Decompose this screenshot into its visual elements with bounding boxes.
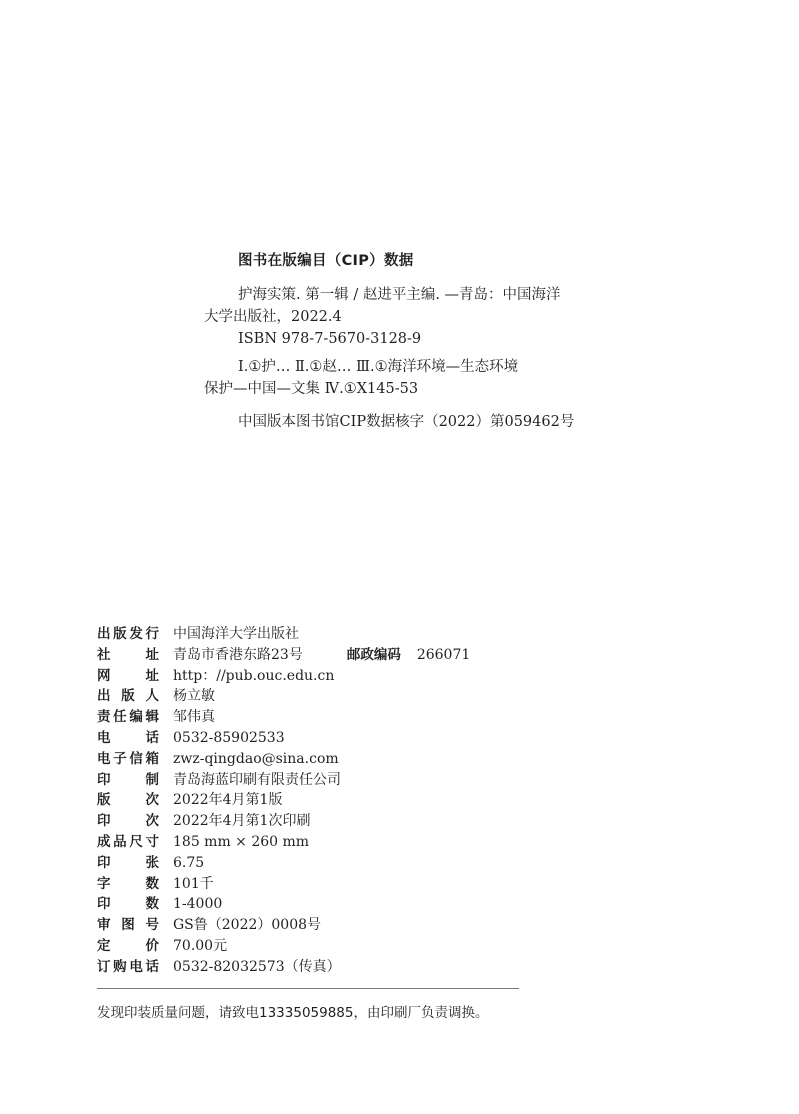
colophon-value: 2022年4月第1次印刷 — [173, 811, 310, 832]
colophon-label: 成品尺寸 — [97, 832, 159, 853]
cip-verification: 中国版本图书馆CIP数据核字（2022）第059462号 — [204, 411, 584, 433]
colophon-value: 1-4000 — [173, 894, 222, 915]
colophon-label: 版次 — [97, 790, 159, 811]
colophon-value: 杨立敏 — [173, 686, 215, 707]
colophon-value: 0532-82032573（传真） — [173, 957, 341, 978]
colophon-label-char: 任 — [113, 707, 127, 728]
colophon-label-char: 编 — [129, 707, 143, 728]
colophon-label: 印制 — [97, 770, 159, 791]
divider — [97, 988, 519, 989]
colophon-label-char: 电 — [97, 728, 111, 749]
colophon-row: 印次2022年4月第1次印刷 — [97, 811, 470, 832]
postal-code-value: 266071 — [417, 645, 470, 666]
colophon-value: zwz-qingdao@sina.com — [173, 749, 339, 770]
colophon-row: 电话0532-85902533 — [97, 728, 470, 749]
colophon-value: 邹伟真 — [173, 707, 215, 728]
colophon-label-char: 印 — [97, 853, 111, 874]
colophon-label: 社址 — [97, 645, 159, 666]
colophon-row: 字数101千 — [97, 874, 470, 895]
colophon-label-char: 数 — [146, 894, 160, 915]
colophon-row: 定价70.00元 — [97, 936, 470, 957]
cip-verification-number: 中国版本图书馆CIP数据核字（2022）第059462号 — [204, 411, 584, 433]
colophon-value: 青岛市香港东路23号 — [173, 645, 303, 666]
colophon-row: 印张6.75 — [97, 853, 470, 874]
colophon-label: 审图号 — [97, 915, 159, 936]
colophon-label: 电话 — [97, 728, 159, 749]
quality-notice: 发现印装质量问题，请致电13335059885，由印刷厂负责调换。 — [97, 1001, 488, 1021]
colophon-label-char: 图 — [121, 915, 135, 936]
colophon-label-char: 电 — [129, 957, 143, 978]
colophon-value: http：//pub.ouc.edu.cn — [173, 666, 334, 687]
colophon-label-char: 版 — [97, 790, 111, 811]
colophon-label-char: 号 — [146, 915, 160, 936]
colophon-label: 印张 — [97, 853, 159, 874]
colophon-label-char: 信 — [129, 749, 143, 770]
colophon-label-char: 出 — [97, 686, 111, 707]
colophon-label-char: 印 — [97, 894, 111, 915]
colophon-label-char: 定 — [97, 936, 111, 957]
colophon-label-char: 责 — [97, 707, 111, 728]
colophon-label-char: 电 — [97, 749, 111, 770]
colophon-row: 网址http：//pub.ouc.edu.cn — [97, 666, 470, 687]
colophon-label-char: 成 — [97, 832, 111, 853]
colophon-label-char: 址 — [146, 666, 160, 687]
colophon-value: GS鲁（2022）0008号 — [173, 915, 321, 936]
colophon-label-char: 数 — [146, 874, 160, 895]
colophon-label-char: 品 — [113, 832, 127, 853]
colophon-label: 责任编辑 — [97, 707, 159, 728]
colophon-label: 印数 — [97, 894, 159, 915]
colophon-label-char: 网 — [97, 666, 111, 687]
colophon-label-char: 印 — [97, 770, 111, 791]
colophon-value: 0532-85902533 — [173, 728, 285, 749]
colophon-label-char: 印 — [97, 811, 111, 832]
colophon-row: 出版发行中国海洋大学出版社 — [97, 624, 470, 645]
colophon-label-char: 社 — [97, 645, 111, 666]
colophon-label-char: 订 — [97, 957, 111, 978]
colophon-value: 101千 — [173, 874, 214, 895]
colophon-label-char: 版 — [121, 686, 135, 707]
colophon-label-char: 发 — [129, 624, 143, 645]
colophon-row: 印制青岛海蓝印刷有限责任公司 — [97, 770, 470, 791]
colophon-value: 70.00元 — [173, 936, 227, 957]
colophon-label: 出版发行 — [97, 624, 159, 645]
colophon-value: 6.75 — [173, 853, 204, 874]
colophon-label-char: 寸 — [145, 832, 159, 853]
colophon-label: 印次 — [97, 811, 159, 832]
cip-classification-line2: 保护—中国—文集 Ⅳ.①X145-53 — [204, 378, 584, 400]
colophon-label-char: 出 — [97, 624, 111, 645]
colophon-row: 版次2022年4月第1版 — [97, 790, 470, 811]
cip-classification-line1: Ⅰ.①护… Ⅱ.①赵… Ⅲ.①海洋环境—生态环境 — [204, 356, 584, 378]
colophon-label-char: 价 — [146, 936, 160, 957]
cip-title-line: 护海实策. 第一辑 / 赵进平主编. —青岛：中国海洋 — [204, 284, 584, 306]
colophon-label: 定价 — [97, 936, 159, 957]
colophon-value: 2022年4月第1版 — [173, 790, 282, 811]
colophon-row: 印数1-4000 — [97, 894, 470, 915]
colophon-row: 成品尺寸185 mm × 260 mm — [97, 832, 470, 853]
colophon-label-char: 次 — [146, 790, 160, 811]
colophon-label: 电子信箱 — [97, 749, 159, 770]
cip-title: 图书在版编目（CIP）数据 — [238, 249, 414, 270]
colophon-row: 订购电话0532-82032573（传真） — [97, 957, 470, 978]
cip-classification: Ⅰ.①护… Ⅱ.①赵… Ⅲ.①海洋环境—生态环境 保护—中国—文集 Ⅳ.①X14… — [204, 356, 584, 400]
colophon-row: 审图号GS鲁（2022）0008号 — [97, 915, 470, 936]
colophon-label-char: 版 — [113, 624, 127, 645]
colophon-label-char: 字 — [97, 874, 111, 895]
colophon-label-char: 人 — [146, 686, 160, 707]
cip-isbn: ISBN 978-7-5670-3128-9 — [204, 328, 584, 350]
colophon-value: 青岛海蓝印刷有限责任公司 — [173, 770, 341, 791]
colophon-label: 订购电话 — [97, 957, 159, 978]
colophon-label-char: 行 — [145, 624, 159, 645]
cip-bibliographic-entry: 护海实策. 第一辑 / 赵进平主编. —青岛：中国海洋 大学出版社，2022.4… — [204, 284, 584, 350]
colophon-label: 网址 — [97, 666, 159, 687]
cip-publisher-line: 大学出版社，2022.4 — [204, 306, 584, 328]
colophon-label-char: 张 — [146, 853, 160, 874]
colophon-label-char: 址 — [146, 645, 160, 666]
colophon-label: 出版人 — [97, 686, 159, 707]
postal-code-label: 邮政编码 — [347, 645, 401, 666]
colophon-value: 中国海洋大学出版社 — [173, 624, 299, 645]
colophon-value: 185 mm × 260 mm — [173, 832, 309, 853]
colophon-label-char: 箱 — [145, 749, 159, 770]
colophon-label-char: 审 — [97, 915, 111, 936]
colophon-label-char: 辑 — [145, 707, 159, 728]
colophon-row: 出版人杨立敏 — [97, 686, 470, 707]
colophon-label-char: 制 — [146, 770, 160, 791]
colophon-label-char: 购 — [113, 957, 127, 978]
colophon-label: 字数 — [97, 874, 159, 895]
colophon-label-char: 话 — [145, 957, 159, 978]
colophon-row: 责任编辑邹伟真 — [97, 707, 470, 728]
colophon-row: 社址青岛市香港东路23号邮政编码266071 — [97, 645, 470, 666]
colophon-label-char: 尺 — [129, 832, 143, 853]
colophon-label-char: 子 — [113, 749, 127, 770]
colophon-row: 电子信箱zwz-qingdao@sina.com — [97, 749, 470, 770]
colophon-label-char: 话 — [146, 728, 160, 749]
colophon-label-char: 次 — [146, 811, 160, 832]
colophon-table: 出版发行中国海洋大学出版社社址青岛市香港东路23号邮政编码266071网址htt… — [97, 624, 470, 978]
